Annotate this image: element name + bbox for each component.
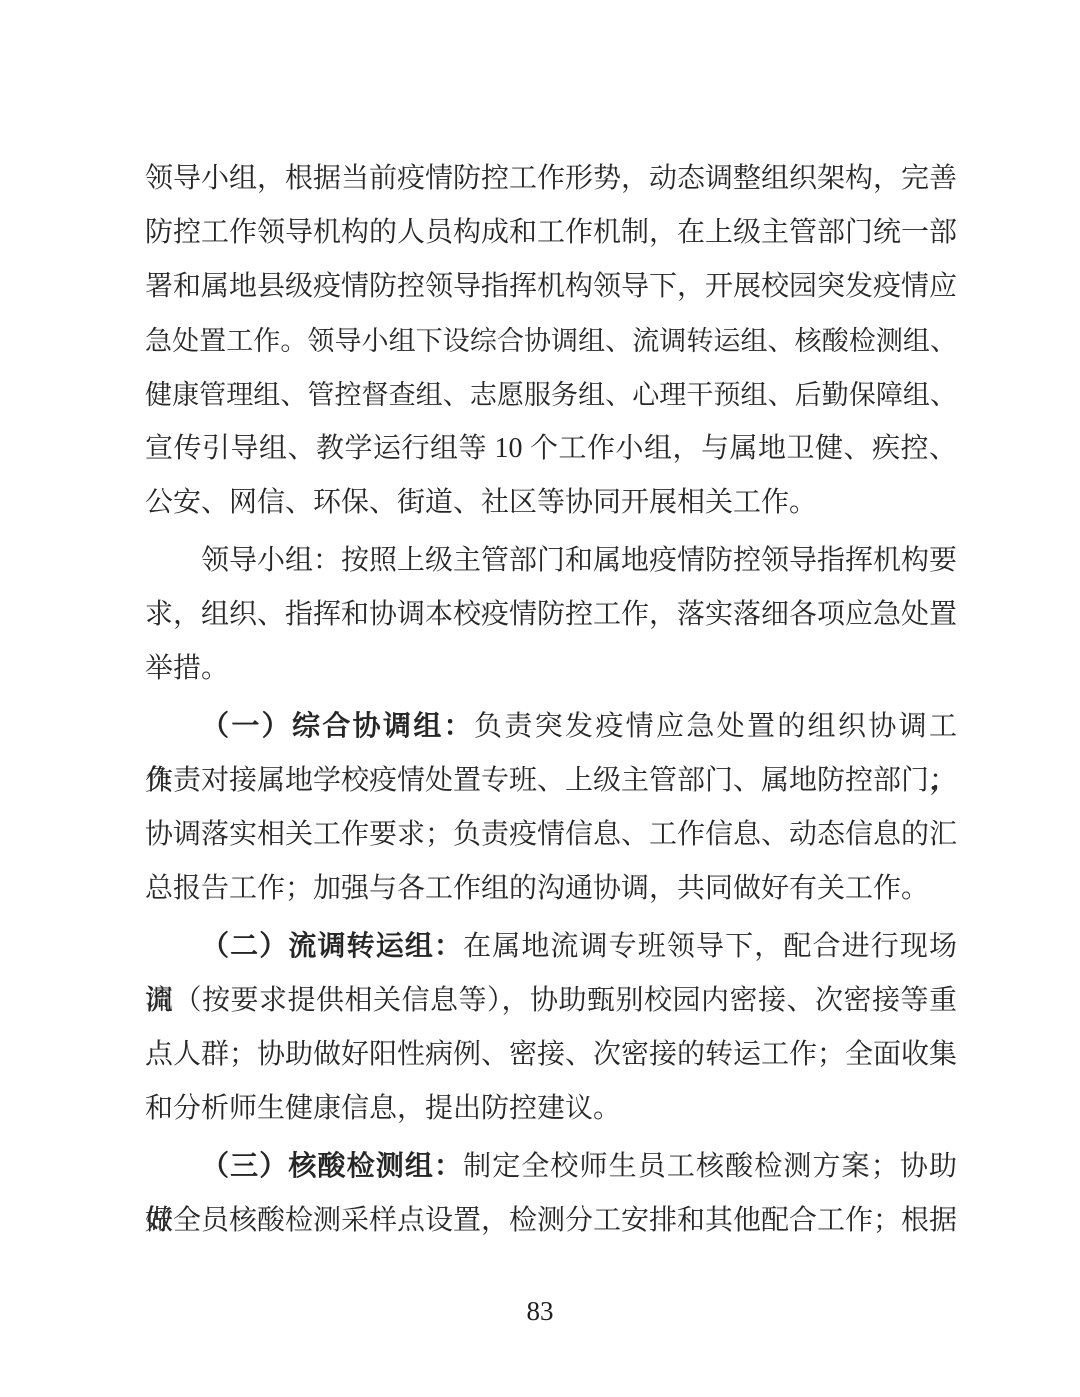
text-line: 调（按要求提供相关信息等），协助甄别校园内密接、次密接等重 bbox=[145, 974, 957, 1028]
text-line: 协调落实相关工作要求；负责疫情信息、工作信息、动态信息的汇 bbox=[145, 808, 957, 862]
text-run: 宣传引导组、教学运行组等 10 个工作小组，与属地卫健、疾控、 bbox=[145, 433, 957, 464]
text-run: 负责对接属地学校疫情处置专班、上级主管部门、属地防控部门， bbox=[145, 765, 957, 796]
text-line: 急处置工作。领导小组下设综合协调组、流调转运组、核酸检测组、 bbox=[145, 314, 957, 368]
text-run: 总报告工作；加强与各工作组的沟通协调，共同做好有关工作。 bbox=[145, 873, 929, 904]
bold-text-run: （三）核酸检测组： bbox=[201, 1151, 463, 1182]
paragraph: （三）核酸检测组：制定全校师生员工核酸检测方案；协助做好全员核酸检测采样点设置，… bbox=[145, 1140, 957, 1248]
paragraph: 领导小组，根据当前疫情防控工作形势，动态调整组织架构，完善防控工作领导机构的人员… bbox=[145, 152, 957, 530]
text-line: 和分析师生健康信息，提出防控建议。 bbox=[145, 1082, 957, 1136]
text-line: 好全员核酸检测采样点设置，检测分工安排和其他配合工作；根据 bbox=[145, 1194, 957, 1248]
text-line: 负责对接属地学校疫情处置专班、上级主管部门、属地防控部门， bbox=[145, 754, 957, 808]
text-run: 举措。 bbox=[145, 653, 229, 684]
text-line: （二）流调转运组：在属地流调专班领导下，配合进行现场流 bbox=[145, 920, 957, 974]
text-run: 健康管理组、管控督查组、志愿服务组、心理干预组、后勤保障组、 bbox=[145, 380, 957, 410]
text-line: 健康管理组、管控督查组、志愿服务组、心理干预组、后勤保障组、 bbox=[145, 368, 957, 422]
text-line: 点人群；协助做好阳性病例、密接、次密接的转运工作；全面收集 bbox=[145, 1028, 957, 1082]
text-run: 防控工作领导机构的人员构成和工作机制，在上级主管部门统一部 bbox=[145, 217, 957, 248]
text-run: 急处置工作。领导小组下设综合协调组、流调转运组、核酸检测组、 bbox=[145, 326, 957, 356]
text-run: 点人群；协助做好阳性病例、密接、次密接的转运工作；全面收集 bbox=[145, 1039, 957, 1070]
text-line: 公安、网信、环保、街道、社区等协同开展相关工作。 bbox=[145, 476, 957, 530]
text-line: （三）核酸检测组：制定全校师生员工核酸检测方案；协助做 bbox=[145, 1140, 957, 1194]
bold-text-run: （二）流调转运组： bbox=[201, 931, 463, 962]
text-run: 领导小组：按照上级主管部门和属地疫情防控领导指挥机构要 bbox=[201, 545, 957, 576]
text-line: 求，组织、指挥和协调本校疫情防控工作，落实落细各项应急处置 bbox=[145, 588, 957, 642]
paragraph: 领导小组：按照上级主管部门和属地疫情防控领导指挥机构要求，组织、指挥和协调本校疫… bbox=[145, 534, 957, 696]
text-run: 调（按要求提供相关信息等），协助甄别校园内密接、次密接等重 bbox=[145, 985, 957, 1016]
text-line: 总报告工作；加强与各工作组的沟通协调，共同做好有关工作。 bbox=[145, 862, 957, 916]
document-page: 领导小组，根据当前疫情防控工作形势，动态调整组织架构，完善防控工作领导机构的人员… bbox=[0, 0, 1080, 1397]
text-run: 协调落实相关工作要求；负责疫情信息、工作信息、动态信息的汇 bbox=[145, 819, 957, 850]
text-run: 署和属地县级疫情防控领导指挥机构领导下，开展校园突发疫情应 bbox=[145, 271, 957, 302]
text-run: 好全员核酸检测采样点设置，检测分工安排和其他配合工作；根据 bbox=[145, 1205, 957, 1236]
text-line: 举措。 bbox=[145, 642, 957, 696]
paragraph: （一）综合协调组：负责突发疫情应急处置的组织协调工作；负责对接属地学校疫情处置专… bbox=[145, 700, 957, 916]
text-line: （一）综合协调组：负责突发疫情应急处置的组织协调工作； bbox=[145, 700, 957, 754]
text-run: 领导小组，根据当前疫情防控工作形势，动态调整组织架构，完善 bbox=[145, 163, 957, 194]
text-line: 领导小组：按照上级主管部门和属地疫情防控领导指挥机构要 bbox=[145, 534, 957, 588]
text-run: 公安、网信、环保、街道、社区等协同开展相关工作。 bbox=[145, 487, 817, 518]
bold-text-run: （一）综合协调组： bbox=[201, 711, 474, 742]
text-run: 和分析师生健康信息，提出防控建议。 bbox=[145, 1093, 621, 1124]
text-run: 求，组织、指挥和协调本校疫情防控工作，落实落细各项应急处置 bbox=[145, 599, 957, 630]
text-line: 署和属地县级疫情防控领导指挥机构领导下，开展校园突发疫情应 bbox=[145, 260, 957, 314]
text-line: 宣传引导组、教学运行组等 10 个工作小组，与属地卫健、疾控、 bbox=[145, 422, 957, 476]
text-line: 领导小组，根据当前疫情防控工作形势，动态调整组织架构，完善 bbox=[145, 152, 957, 206]
paragraph: （二）流调转运组：在属地流调专班领导下，配合进行现场流调（按要求提供相关信息等）… bbox=[145, 920, 957, 1136]
body-text: 领导小组，根据当前疫情防控工作形势，动态调整组织架构，完善防控工作领导机构的人员… bbox=[145, 152, 957, 1248]
page-number: 83 bbox=[0, 1291, 1080, 1331]
text-line: 防控工作领导机构的人员构成和工作机制，在上级主管部门统一部 bbox=[145, 206, 957, 260]
